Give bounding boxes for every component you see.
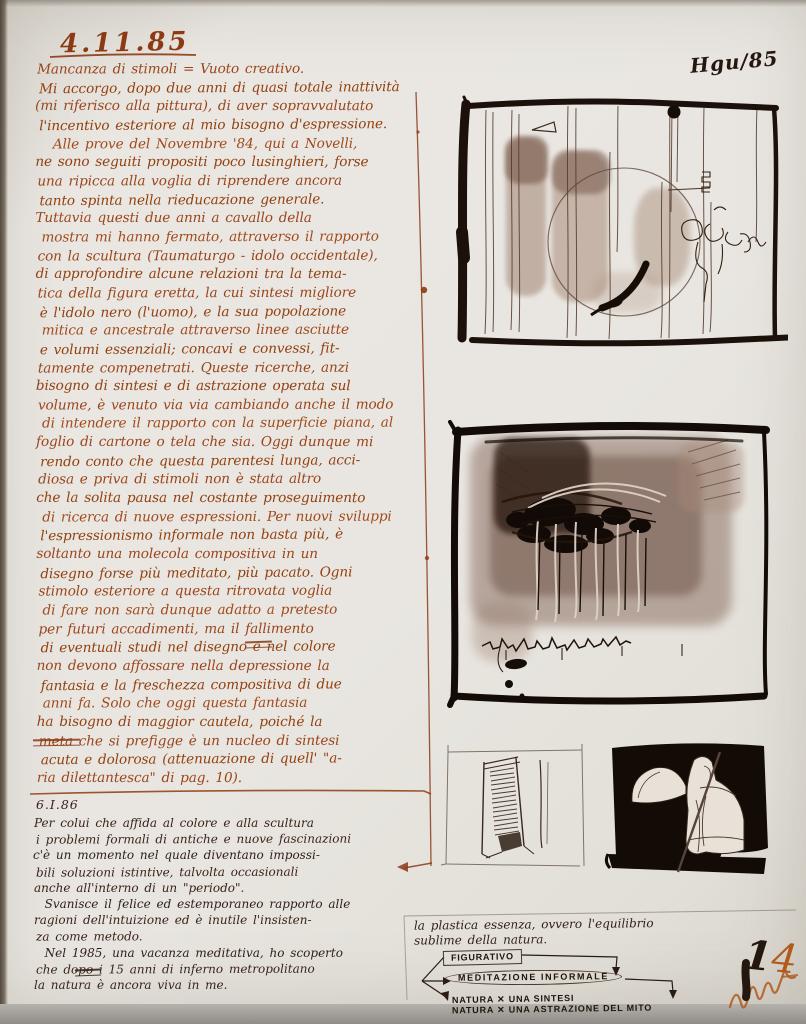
journal-line: l'espressionismo informale non basta più… [40, 525, 442, 546]
journal-line: ria dilettantesca" di pag. 10). [37, 769, 439, 788]
pen-linework [442, 412, 778, 712]
note-line: c'è un momento nel quale diventano impos… [33, 847, 419, 863]
note-line: la natura è ancora viva in me. [34, 977, 420, 993]
note-line: Nel 1985, una vacanza meditativa, ho sco… [33, 945, 419, 961]
journal-line: rendo conto che questa parentesi lunga, … [40, 451, 442, 472]
journal-line: tica della figura eretta, la cui sintesi… [38, 283, 440, 303]
ink-sketch-figure [602, 736, 774, 882]
journal-line: volume, è venuto via via cambiando anche… [38, 395, 440, 415]
journal-line: mostra mi hanno fermato, attraverso il r… [41, 227, 443, 247]
journal-line: Mi accorgo, dopo due anni di quasi total… [39, 77, 441, 98]
journal-line: una ripicca alla voglia di riprendere an… [37, 171, 439, 191]
journal-line: e volumi essenziali; concavi e convessi,… [40, 339, 442, 360]
journal-line: di ricerca di nuove espressioni. Per nuo… [42, 507, 444, 527]
journal-line: con la scultura (Taumaturgo - idolo occi… [38, 246, 440, 266]
journal-line: l'incentivo esteriore al mio bisogno d'e… [39, 115, 441, 136]
journal-line: (mi riferisco alla pittura), di aver sop… [35, 97, 437, 116]
journal-line: non devono affossare nella depressione l… [37, 657, 439, 676]
diagram-node-figurativo: FIGURATIVO [443, 949, 522, 966]
journal-line: di fare non sarà dunque adatto a pretest… [42, 600, 444, 620]
strikethrough-mark [33, 739, 80, 747]
journal-line: stimolo esteriore a questa ritrovata vog… [38, 582, 440, 602]
ink-sketch-study-circle [452, 92, 788, 358]
journal-line: per futuri accadimenti, ma il fallimento [39, 619, 441, 639]
pencil-sketch-door [440, 742, 590, 876]
artwork-journal-page: 4.11.85 Hgu/85 Mancanza di stimoli = Vuo… [0, 0, 806, 1024]
journal-line: tamente compenetrati. Queste ricerche, a… [38, 358, 440, 378]
journal-line: acuta e dolorosa (attenuazione di quell'… [41, 749, 443, 770]
journal-line: disegno forse più meditato, più pacato. … [40, 562, 442, 583]
journal-line: Tuttavia questi due anni a cavallo della [35, 209, 437, 228]
ink-sketch-abstract-dark [442, 412, 778, 712]
journal-line: soltanto una molecola compositiva in un [36, 545, 438, 564]
journal-line: foglio di cartone o tela che sia. Oggi d… [36, 433, 438, 452]
journal-line: Mancanza di stimoli = Vuoto creativo. [37, 59, 439, 79]
journal-line: ha bisogno di maggior cautela, poiché la [37, 713, 439, 732]
note-line: Per colui che affida al colore e alla sc… [34, 815, 420, 831]
note-line: ragioni dell'intuizione ed è inutile l'i… [34, 912, 420, 928]
pen-linework [440, 742, 590, 876]
note-line: i problemi formali di antiche e nuove fa… [36, 831, 422, 849]
note-line: Svanisce il felice ed estemporaneo rappo… [33, 896, 419, 912]
journal-line: diosa e priva di stimoli non è stata alt… [38, 470, 440, 490]
strikethrough-mark [245, 641, 272, 649]
note-line: anche all'interno di un "periodo". [34, 880, 420, 896]
journal-line: di intendere il rapporto con la superfic… [42, 414, 444, 434]
date-heading: 4.11.85 [60, 27, 190, 60]
journal-line: di approfondire alcune relazioni tra la … [36, 265, 438, 284]
artist-signature-scribble [722, 955, 802, 1021]
journal-line: fantasia e la freschezza compositiva di … [41, 674, 443, 695]
journal-line: Alle prove del Novembre '84, qui a Novel… [41, 134, 443, 154]
note-1986-text: Per colui che affida al colore e alla sc… [34, 815, 420, 993]
journal-line: meta che si prefigge è un nucleo di sint… [39, 731, 441, 751]
pen-linework [602, 736, 774, 882]
journal-line: bisogno di sintesi e di astrazione opera… [36, 377, 438, 396]
journal-line: che la solita pausa nel costante prosegu… [36, 489, 438, 508]
note-line: bili soluzioni istintive, talvolta occas… [36, 863, 422, 881]
pen-linework [452, 92, 788, 358]
journal-line: di eventuali studi nel disegno e nel col… [41, 637, 443, 658]
journal-line: ne sono seguiti propositi poco lusinghie… [35, 153, 437, 172]
journal-line: tanto spinta nella rieducazione generale… [39, 189, 441, 210]
journal-line: è l'idolo nero (l'uomo), e la sua popola… [40, 301, 442, 322]
note-line: che dopo i 15 anni di inferno metropolit… [36, 960, 422, 978]
journal-text-column: Mancanza di stimoli = Vuoto creativo.Mi … [37, 59, 441, 788]
journal-line: anni fa. Solo che oggi questa fantasia [43, 694, 445, 714]
note-line: za come metodo. [36, 928, 422, 946]
journal-line: mitica e ancestrale attraverso linee asc… [42, 321, 444, 341]
note-1986-heading: 6.I.86 [36, 797, 79, 812]
